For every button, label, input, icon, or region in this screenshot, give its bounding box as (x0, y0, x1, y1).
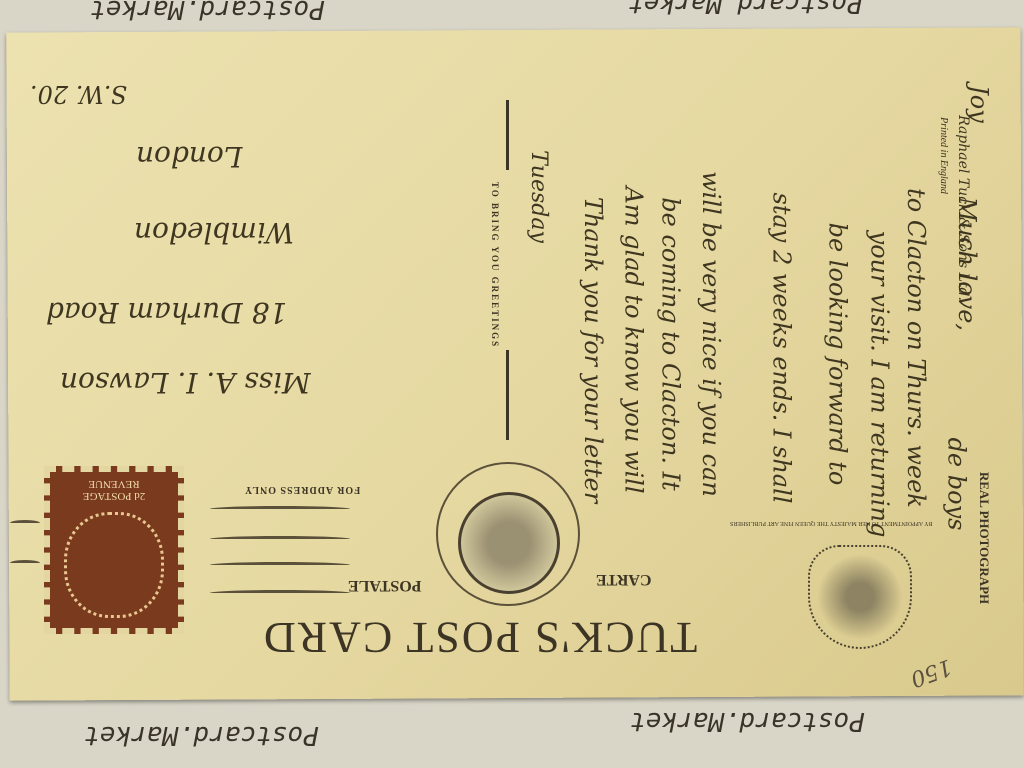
greeting-line: TO BRING YOU GREETINGS (490, 182, 500, 348)
printed-in-england: Printed in England (938, 117, 949, 194)
queen-portrait-icon (64, 512, 164, 618)
cancel-wave (210, 590, 350, 596)
divider-line (506, 100, 509, 170)
postale-label: POSTALE (348, 576, 422, 594)
address-line2: Wimbledon (134, 216, 294, 249)
message-line: your visit. I am returning (865, 231, 893, 538)
cancel-wave (210, 536, 350, 542)
tuck-seal-icon (458, 492, 560, 594)
postage-stamp: 2d POSTAGE REVENUE (44, 466, 184, 634)
message-line: be looking forward to (823, 223, 851, 486)
cancel-wave (210, 506, 350, 512)
watermark: Postcard.Market (630, 706, 865, 736)
message-line: will be very nice if you can (697, 171, 725, 497)
message-line: Tuesday (526, 150, 551, 243)
stamp-text: 2d POSTAGE REVENUE (56, 478, 172, 502)
watermark: Postcard.Market (90, 0, 325, 24)
watermark: Postcard.Market (84, 720, 319, 750)
address-postcode: S.W. 20. (30, 80, 127, 108)
message-line: de boys (942, 438, 970, 531)
message-line: Am glad to know you will (620, 186, 648, 493)
message-line: to Clacton on Thurs. week (902, 188, 930, 508)
royal-crest-icon (808, 545, 912, 649)
copyright-note: Raphael Tuck & Sons Ltd. (955, 115, 971, 301)
address-line3: London (136, 140, 242, 173)
message-line: be coming to Clacton. It (657, 197, 685, 490)
cancel-wave (10, 520, 40, 526)
watermark: Postcard.Market (628, 0, 863, 18)
cancel-wave (210, 562, 350, 568)
address-name: Miss A. I. Lawson (60, 366, 311, 399)
address-line1: 18 Durham Road (46, 296, 287, 329)
message-line: stay 2 weeks ends. I shall (767, 193, 795, 504)
royal-warrant: BY APPOINTMENT TO HER MAJESTY THE QUEEN … (730, 520, 933, 526)
carte-label: CARTE (596, 570, 651, 588)
publisher-title: TUCK'S POST CARD (262, 612, 697, 663)
real-photograph-label: REAL PHOTOGRAPH (976, 472, 992, 604)
divider-line (506, 350, 509, 440)
address-only-label: FOR ADDRESS ONLY (244, 484, 360, 495)
cancel-wave (10, 560, 40, 566)
message-line: Thank you for your letter (579, 197, 607, 503)
